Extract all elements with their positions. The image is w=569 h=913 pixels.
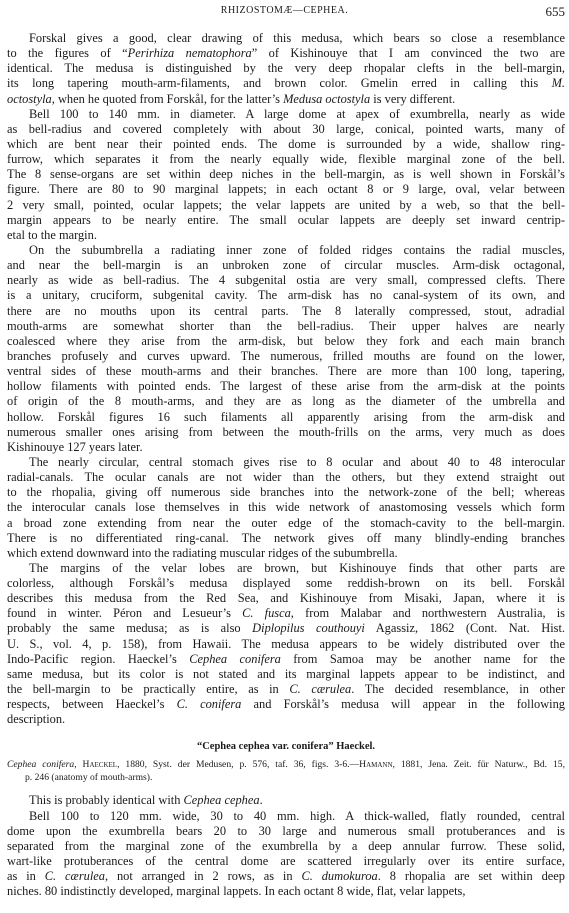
- text-line: The 8 sense-organs are set within deep n…: [7, 167, 565, 182]
- text-line: respects, between Haeckel’s C. conifera …: [7, 697, 565, 712]
- text-line: hollow filaments with pointed ends. The …: [7, 379, 565, 394]
- text-line: a broad zone extending from near the out…: [7, 516, 565, 531]
- spacer: [7, 727, 565, 739]
- text-line: nearly as wide as bell-radius. The 4 sub…: [7, 273, 565, 288]
- text-line: as in C. cærulea, not arranged in 2 rows…: [7, 869, 565, 884]
- text-line: its long tapering mouth-arm-filaments, a…: [7, 76, 565, 91]
- paragraph: The margins of the velar lobes are brown…: [7, 561, 565, 728]
- text-line: radial-canals. The ocular canals are not…: [7, 470, 565, 485]
- text-line: margin appears to be nearly entire. The …: [7, 213, 565, 228]
- text-line: There is no differentiated ring-canal. T…: [7, 531, 565, 546]
- text-line: niches. 80 indistinctly developed, margi…: [7, 884, 565, 899]
- reference-line: p. 246 (anatomy of mouth-arms).: [7, 771, 565, 784]
- text-line: found in winter. Péron and Lesueur’s C. …: [7, 606, 565, 621]
- text-line: which extend downward into the radiating…: [7, 546, 565, 561]
- text-line: furrow, which separates it from the near…: [7, 152, 565, 167]
- text-line: figure. There are 80 to 90 marginal lapp…: [7, 182, 565, 197]
- text-line: colorless, although Forskål’s medusa dis…: [7, 576, 565, 591]
- text-line: numerous smaller ones arising from betwe…: [7, 425, 565, 440]
- text-line: This is probably identical with Cephea c…: [7, 793, 565, 808]
- text-line: same medusa, but its color is not stated…: [7, 667, 565, 682]
- text-line: to the rhopalia, giving off numerous sid…: [7, 485, 565, 500]
- text-line: Forskal gives a good, clear drawing of t…: [7, 31, 565, 46]
- main-text: Forskal gives a good, clear drawing of t…: [7, 31, 565, 727]
- text-line: probably the same medusa; as is also Dip…: [7, 621, 565, 636]
- text-line: etal to the margin.: [7, 228, 565, 243]
- text-line: 2 very small, pointed, ocular lappets; t…: [7, 198, 565, 213]
- text-line: describes this medusa from the Red Sea, …: [7, 591, 565, 606]
- text-line: Indo-Pacific region. Haeckel’s Cephea co…: [7, 652, 565, 667]
- text-line: the interocular canals lose themselves i…: [7, 500, 565, 515]
- text-line: Kishinouye 127 years later.: [7, 440, 565, 455]
- text-line: hollow. Forskål figures 16 such filament…: [7, 410, 565, 425]
- section-heading: “Cephea cephea var. conifera” Haeckel.: [7, 739, 565, 754]
- text-line: coalesced where they arise from the arm-…: [7, 334, 565, 349]
- page-header: RHIZOSTOMÆ—CEPHEA. 655: [0, 4, 569, 20]
- running-head: RHIZOSTOMÆ—CEPHEA.: [0, 5, 569, 16]
- paragraph: On the subumbrella a radiating inner zon…: [7, 243, 565, 455]
- text-line: is a unitary, cruciform, subgenital cavi…: [7, 288, 565, 303]
- text-line: which are bent near their pointed ends. …: [7, 137, 565, 152]
- paragraph: This is probably identical with Cephea c…: [7, 793, 565, 808]
- paragraph: The nearly circular, central stomach giv…: [7, 455, 565, 561]
- text-line: identical. The medusa is distinguished b…: [7, 61, 565, 76]
- text-line: mouth-arms are somewhat shorter than the…: [7, 319, 565, 334]
- text-line: description.: [7, 712, 565, 727]
- text-line: to the figures of “Perirhiza nematophora…: [7, 46, 565, 61]
- paragraph: Forskal gives a good, clear drawing of t…: [7, 31, 565, 107]
- text-line: ventral sides of these mouth-arms and th…: [7, 364, 565, 379]
- text-line: U. S., vol. 4, p. 158), from Hawaii. The…: [7, 637, 565, 652]
- text-line: branches profusely and curves upward. Th…: [7, 349, 565, 364]
- text-line: dome upon the exumbrella bears 20 to 30 …: [7, 824, 565, 839]
- text-line: octostyla, when he quoted from Forskål, …: [7, 92, 565, 107]
- text-line: of origin of the 8 mouth-arms, and they …: [7, 394, 565, 409]
- text-line: Bell 100 to 140 mm. in diameter. A large…: [7, 107, 565, 122]
- page-body: Forskal gives a good, clear drawing of t…: [7, 31, 565, 899]
- text-line: wart-like protuberances of the central d…: [7, 854, 565, 869]
- text-line: as bell-radius and covered completely wi…: [7, 122, 565, 137]
- page-number: 655: [546, 4, 566, 20]
- text-line: and near the bell-margin is an unbroken …: [7, 258, 565, 273]
- text-line: Bell 100 to 120 mm. wide, 30 to 40 mm. h…: [7, 809, 565, 824]
- text-line: The margins of the velar lobes are brown…: [7, 561, 565, 576]
- text-line: separated from the marginal zone of the …: [7, 839, 565, 854]
- text-line: there are no mouths upon its central par…: [7, 304, 565, 319]
- paragraph: Bell 100 to 120 mm. wide, 30 to 40 mm. h…: [7, 809, 565, 900]
- section-text: This is probably identical with Cephea c…: [7, 793, 565, 899]
- text-line: The nearly circular, central stomach giv…: [7, 455, 565, 470]
- text-line: the bell-margin to be practically entire…: [7, 682, 565, 697]
- reference-line: Cephea conifera, Haeckel, 1880, Syst. de…: [7, 758, 565, 771]
- paragraph: Bell 100 to 140 mm. in diameter. A large…: [7, 107, 565, 243]
- text-line: On the subumbrella a radiating inner zon…: [7, 243, 565, 258]
